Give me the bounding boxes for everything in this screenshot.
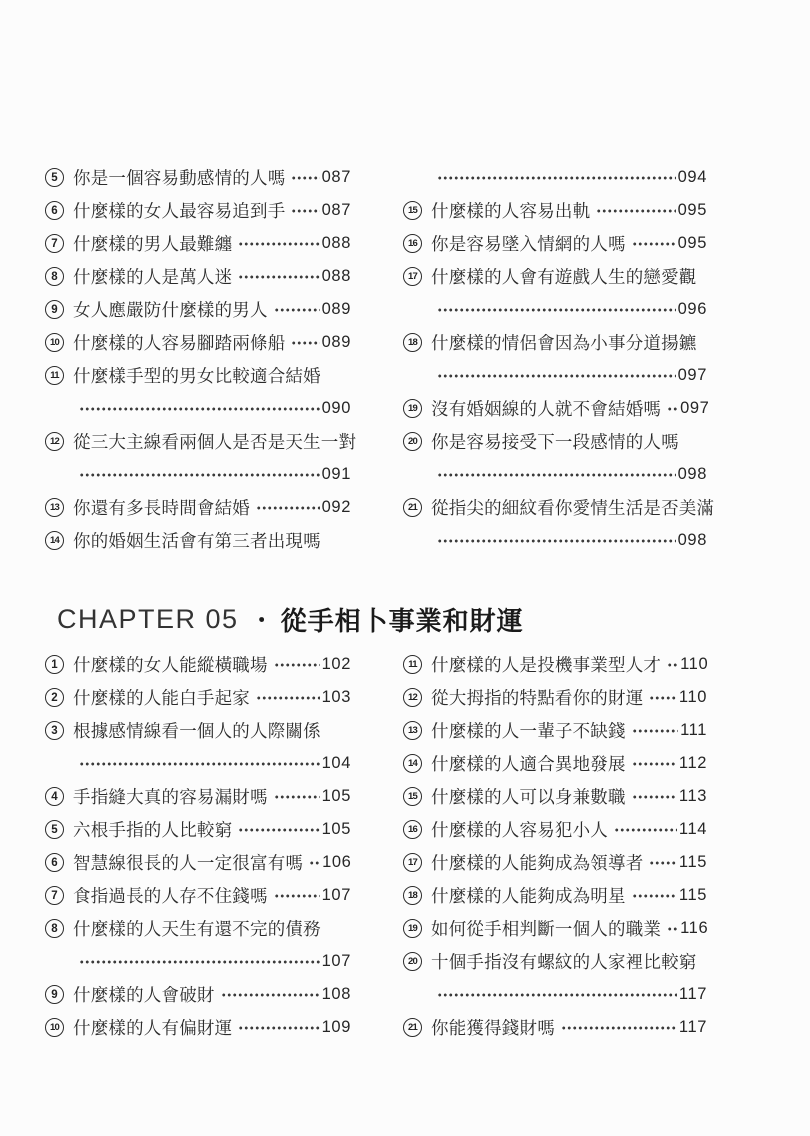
entry-page-number: 116	[680, 919, 708, 938]
entry-title: 什麼樣的情侶會因為小事分道揚鑣	[431, 330, 697, 355]
circled-number: 10	[45, 1018, 64, 1037]
dot-leader	[436, 978, 677, 1011]
circled-number: 8	[45, 919, 64, 938]
toc-entry: 6智慧線很長的人一定很富有嗎106	[45, 846, 351, 879]
entry-number: 6	[45, 201, 73, 220]
entry-page-number: 109	[322, 1018, 351, 1037]
entry-page-number: 108	[322, 985, 351, 1004]
toc-entry: 7什麼樣的男人最難纏088	[45, 227, 351, 260]
entry-title: 什麼樣的人一輩子不缺錢	[431, 718, 626, 743]
dot-leader	[220, 978, 320, 1011]
entry-page-number: 104	[322, 754, 351, 773]
entry-page-number: 089	[322, 300, 351, 319]
entry-title: 什麼樣的人適合異地發展	[431, 751, 626, 776]
entry-title: 你是容易接受下一段感情的人嗎	[431, 429, 679, 454]
toc-entry: 19沒有婚姻線的人就不會結婚嗎097	[403, 392, 707, 425]
entry-number: 17	[403, 853, 431, 872]
dot-leader	[273, 293, 320, 326]
entry-title: 從三大主線看兩個人是否是天生一對	[73, 429, 356, 454]
toc-entry: 13什麼樣的人一輩子不缺錢111	[403, 714, 707, 747]
entry-page-number: 110	[680, 655, 708, 674]
circled-number: 15	[403, 787, 422, 806]
entry-number: 7	[45, 886, 73, 905]
entry-page-number: 098	[678, 465, 707, 484]
entry-number: 11	[403, 655, 431, 674]
circled-number: 7	[45, 234, 64, 253]
dot-leader	[237, 813, 319, 846]
entry-page-number: 095	[678, 201, 707, 220]
toc-entry: 10什麼樣的人有偏財運109	[45, 1011, 351, 1044]
entry-title: 什麼樣的人會有遊戲人生的戀愛觀	[431, 264, 697, 289]
entry-number: 11	[45, 366, 73, 385]
toc-entry: 3根據感情線看一個人的人際關係	[45, 714, 351, 747]
dot-leader	[273, 879, 320, 912]
entry-page-number: 089	[322, 333, 351, 352]
toc-column-right: 09415什麼樣的人容易出軌09516你是容易墜入情網的人嗎09517什麼樣的人…	[403, 161, 707, 557]
dot-leader	[290, 194, 319, 227]
entry-title: 十個手指沒有螺紋的人家裡比較窮	[431, 949, 697, 974]
entry-page-number: 098	[678, 531, 707, 550]
entry-page-number: 107	[322, 952, 351, 971]
entry-title: 食指過長的人存不住錢嗎	[73, 883, 268, 908]
entry-page-number: 088	[322, 267, 351, 286]
chapter-heading: CHAPTER 05 ・ 從手相卜事業和財運	[57, 597, 524, 641]
entry-number: 12	[403, 688, 431, 707]
toc-entry: 12從大拇指的特點看你的財運110	[403, 681, 707, 714]
circled-number: 6	[45, 201, 64, 220]
book-page: 5你是一個容易動感情的人嗎0876什麼樣的女人最容易追到手0877什麼樣的男人最…	[0, 0, 810, 1136]
entry-title: 沒有婚姻線的人就不會結婚嗎	[431, 396, 661, 421]
dot-leader	[436, 359, 676, 392]
entry-number: 13	[403, 721, 431, 740]
dot-leader	[255, 681, 320, 714]
entry-page-number: 102	[322, 655, 351, 674]
toc-entry: 20十個手指沒有螺紋的人家裡比較窮	[403, 945, 707, 978]
entry-title: 什麼樣的女人最容易追到手	[73, 198, 285, 223]
entry-title: 什麼樣的人容易腳踏兩條船	[73, 330, 285, 355]
circled-number: 11	[403, 655, 422, 674]
circled-number: 4	[45, 787, 64, 806]
toc-section-chapter-05: 1什麼樣的女人能縱橫職場1022什麼樣的人能白手起家1033根據感情線看一個人的…	[45, 648, 707, 1044]
entry-number: 21	[403, 1018, 431, 1037]
entry-title: 女人應嚴防什麼樣的男人	[73, 297, 268, 322]
entry-number: 20	[403, 432, 431, 451]
dot-leader	[78, 747, 320, 780]
toc-entry-continuation: 094	[403, 161, 707, 194]
entry-number: 5	[45, 820, 73, 839]
toc-entry: 11什麼樣手型的男女比較適合結婚	[45, 359, 351, 392]
entry-page-number: 110	[679, 688, 707, 707]
dot-leader	[78, 392, 320, 425]
entry-title: 什麼樣的男人最難纏	[73, 231, 232, 256]
toc-entry: 11什麼樣的人是投機事業型人才110	[403, 648, 707, 681]
toc-section-previous-chapter: 5你是一個容易動感情的人嗎0876什麼樣的女人最容易追到手0877什麼樣的男人最…	[45, 161, 707, 557]
entry-number: 15	[403, 787, 431, 806]
circled-number: 12	[403, 688, 422, 707]
toc-entry: 12從三大主線看兩個人是否是天生一對	[45, 425, 351, 458]
circled-number: 3	[45, 721, 64, 740]
entry-title: 什麼樣的人天生有還不完的債務	[73, 916, 321, 941]
toc-column-left: 5你是一個容易動感情的人嗎0876什麼樣的女人最容易追到手0877什麼樣的男人最…	[45, 161, 351, 557]
entry-number: 9	[45, 985, 73, 1004]
toc-entry-continuation: 091	[45, 458, 351, 491]
entry-page-number: 111	[680, 721, 707, 740]
entry-number: 16	[403, 820, 431, 839]
dot-leader	[560, 1011, 677, 1044]
circled-number: 1	[45, 655, 64, 674]
entry-title: 從指尖的細紋看你愛情生活是否美滿	[431, 495, 714, 520]
entry-number: 19	[403, 399, 431, 418]
toc-entry-continuation: 098	[403, 458, 707, 491]
circled-number: 19	[403, 399, 422, 418]
dot-leader	[78, 458, 320, 491]
dot-leader	[613, 813, 677, 846]
dot-leader	[255, 491, 320, 524]
entry-number: 3	[45, 721, 73, 740]
toc-entry: 8什麼樣的人是萬人迷088	[45, 260, 351, 293]
entry-page-number: 112	[679, 754, 707, 773]
toc-entry: 19如何從手相判斷一個人的職業116	[403, 912, 707, 945]
entry-page-number: 088	[322, 234, 351, 253]
toc-entry-continuation: 117	[403, 978, 707, 1011]
entry-page-number: 115	[679, 853, 707, 872]
circled-number: 16	[403, 234, 422, 253]
toc-entry: 16什麼樣的人容易犯小人114	[403, 813, 707, 846]
toc-entry-continuation: 107	[45, 945, 351, 978]
entry-title: 什麼樣的人可以身兼數職	[431, 784, 626, 809]
entry-page-number: 117	[679, 1018, 707, 1037]
dot-leader	[290, 161, 319, 194]
toc-entry-continuation: 098	[403, 524, 707, 557]
circled-number: 21	[403, 1018, 422, 1037]
entry-page-number: 097	[680, 399, 709, 418]
dot-leader	[631, 714, 678, 747]
entry-number: 14	[45, 531, 73, 550]
toc-column-left: 1什麼樣的女人能縱橫職場1022什麼樣的人能白手起家1033根據感情線看一個人的…	[45, 648, 351, 1044]
circled-number: 6	[45, 853, 64, 872]
entry-page-number: 092	[322, 498, 351, 517]
dot-leader	[436, 293, 676, 326]
toc-entry: 14你的婚姻生活會有第三者出現嗎	[45, 524, 351, 557]
toc-entry: 5你是一個容易動感情的人嗎087	[45, 161, 351, 194]
entry-page-number: 087	[322, 201, 351, 220]
dot-leader	[78, 945, 320, 978]
circled-number: 2	[45, 688, 64, 707]
dot-leader	[666, 392, 678, 425]
entry-number: 1	[45, 655, 73, 674]
entry-number: 13	[45, 498, 73, 517]
circled-number: 21	[403, 498, 422, 517]
entry-title: 什麼樣手型的男女比較適合結婚	[73, 363, 321, 388]
toc-entry: 18什麼樣的人能夠成為明星115	[403, 879, 707, 912]
entry-number: 21	[403, 498, 431, 517]
circled-number: 9	[45, 985, 64, 1004]
circled-number: 10	[45, 333, 64, 352]
toc-entry: 2什麼樣的人能白手起家103	[45, 681, 351, 714]
circled-number: 18	[403, 333, 422, 352]
circled-number: 20	[403, 432, 422, 451]
toc-entry: 16你是容易墜入情網的人嗎095	[403, 227, 707, 260]
toc-entry: 17什麼樣的人能夠成為領導者115	[403, 846, 707, 879]
entry-page-number: 095	[678, 234, 707, 253]
entry-title: 手指縫大真的容易漏財嗎	[73, 784, 268, 809]
dot-leader	[273, 648, 320, 681]
circled-number: 15	[403, 201, 422, 220]
entry-page-number: 107	[322, 886, 351, 905]
toc-entry-continuation: 090	[45, 392, 351, 425]
entry-page-number: 090	[322, 399, 351, 418]
toc-entry: 14什麼樣的人適合異地發展112	[403, 747, 707, 780]
entry-title: 智慧線很長的人一定很富有嗎	[73, 850, 303, 875]
entry-number: 16	[403, 234, 431, 253]
entry-page-number: 094	[678, 168, 707, 187]
dot-leader	[648, 681, 676, 714]
entry-title: 你是一個容易動感情的人嗎	[73, 165, 285, 190]
entry-number: 15	[403, 201, 431, 220]
toc-entry-continuation: 096	[403, 293, 707, 326]
toc-entry: 8什麼樣的人天生有還不完的債務	[45, 912, 351, 945]
dot-leader	[237, 227, 319, 260]
toc-entry: 21你能獲得錢財嗎117	[403, 1011, 707, 1044]
toc-entry: 6什麼樣的女人最容易追到手087	[45, 194, 351, 227]
entry-number: 12	[45, 432, 73, 451]
entry-number: 14	[403, 754, 431, 773]
entry-number: 5	[45, 168, 73, 187]
chapter-title: 從手相卜事業和財運	[281, 601, 524, 638]
toc-entry: 9女人應嚴防什麼樣的男人089	[45, 293, 351, 326]
dot-leader	[631, 879, 677, 912]
dot-leader	[273, 780, 320, 813]
entry-title: 什麼樣的人容易出軌	[431, 198, 590, 223]
circled-number: 12	[45, 432, 64, 451]
entry-page-number: 105	[322, 787, 351, 806]
dot-leader	[237, 1011, 319, 1044]
dot-leader	[436, 524, 676, 557]
entry-number: 18	[403, 886, 431, 905]
entry-number: 9	[45, 300, 73, 319]
toc-entry: 20你是容易接受下一段感情的人嗎	[403, 425, 707, 458]
entry-title: 你還有多長時間會結婚	[73, 495, 250, 520]
dot-leader	[631, 227, 676, 260]
toc-entry: 7食指過長的人存不住錢嗎107	[45, 879, 351, 912]
chapter-separator-dot: ・	[251, 604, 273, 635]
circled-number: 17	[403, 853, 422, 872]
entry-title: 什麼樣的人能夠成為領導者	[431, 850, 643, 875]
entry-number: 19	[403, 919, 431, 938]
dot-leader	[436, 458, 676, 491]
entry-page-number: 096	[678, 300, 707, 319]
dot-leader	[308, 846, 320, 879]
entry-number: 6	[45, 853, 73, 872]
entry-number: 10	[45, 1018, 73, 1037]
entry-number: 20	[403, 952, 431, 971]
entry-page-number: 091	[322, 465, 351, 484]
entry-page-number: 106	[322, 853, 351, 872]
circled-number: 8	[45, 267, 64, 286]
circled-number: 17	[403, 267, 422, 286]
toc-entry: 9什麼樣的人會破財108	[45, 978, 351, 1011]
entry-title: 什麼樣的人會破財	[73, 982, 215, 1007]
dot-leader	[648, 846, 676, 879]
circled-number: 11	[45, 366, 64, 385]
entry-title: 什麼樣的人容易犯小人	[431, 817, 608, 842]
entry-title: 什麼樣的人能夠成為明星	[431, 883, 626, 908]
toc-entry: 1什麼樣的女人能縱橫職場102	[45, 648, 351, 681]
entry-title: 什麼樣的人是萬人迷	[73, 264, 232, 289]
entry-number: 4	[45, 787, 73, 806]
entry-number: 10	[45, 333, 73, 352]
circled-number: 7	[45, 886, 64, 905]
toc-entry: 10什麼樣的人容易腳踏兩條船089	[45, 326, 351, 359]
circled-number: 13	[45, 498, 64, 517]
toc-entry: 4手指縫大真的容易漏財嗎105	[45, 780, 351, 813]
circled-number: 16	[403, 820, 422, 839]
entry-title: 六根手指的人比較窮	[73, 817, 232, 842]
entry-number: 8	[45, 267, 73, 286]
entry-title: 什麼樣的女人能縱橫職場	[73, 652, 268, 677]
entry-page-number: 097	[678, 366, 707, 385]
circled-number: 5	[45, 820, 64, 839]
dot-leader	[237, 260, 319, 293]
entry-page-number: 117	[679, 985, 707, 1004]
dot-leader	[666, 912, 678, 945]
entry-page-number: 114	[679, 820, 707, 839]
dot-leader	[631, 747, 677, 780]
circled-number: 9	[45, 300, 64, 319]
circled-number: 19	[403, 919, 422, 938]
dot-leader	[666, 648, 678, 681]
entry-title: 你的婚姻生活會有第三者出現嗎	[73, 528, 321, 553]
entry-title: 如何從手相判斷一個人的職業	[431, 916, 661, 941]
circled-number: 20	[403, 952, 422, 971]
toc-entry: 18什麼樣的情侶會因為小事分道揚鑣	[403, 326, 707, 359]
entry-title: 什麼樣的人有偏財運	[73, 1015, 232, 1040]
circled-number: 18	[403, 886, 422, 905]
entry-page-number: 103	[322, 688, 351, 707]
circled-number: 13	[403, 721, 422, 740]
toc-entry: 15什麼樣的人可以身兼數職113	[403, 780, 707, 813]
entry-number: 8	[45, 919, 73, 938]
entry-page-number: 087	[322, 168, 351, 187]
toc-entry-continuation: 097	[403, 359, 707, 392]
chapter-label: CHAPTER 05	[57, 604, 239, 635]
dot-leader	[631, 780, 677, 813]
entry-page-number: 113	[679, 787, 707, 806]
entry-page-number: 115	[679, 886, 707, 905]
toc-entry-continuation: 104	[45, 747, 351, 780]
dot-leader	[436, 161, 676, 194]
entry-title: 從大拇指的特點看你的財運	[431, 685, 643, 710]
circled-number: 14	[403, 754, 422, 773]
toc-column-right: 11什麼樣的人是投機事業型人才11012從大拇指的特點看你的財運11013什麼樣…	[403, 648, 707, 1044]
entry-number: 17	[403, 267, 431, 286]
dot-leader	[595, 194, 675, 227]
entry-title: 什麼樣的人能白手起家	[73, 685, 250, 710]
entry-number: 7	[45, 234, 73, 253]
toc-entry: 5六根手指的人比較窮105	[45, 813, 351, 846]
entry-page-number: 105	[322, 820, 351, 839]
toc-entry: 21從指尖的細紋看你愛情生活是否美滿	[403, 491, 707, 524]
entry-title: 什麼樣的人是投機事業型人才	[431, 652, 661, 677]
dot-leader	[290, 326, 319, 359]
toc-entry: 15什麼樣的人容易出軌095	[403, 194, 707, 227]
entry-title: 你是容易墜入情網的人嗎	[431, 231, 626, 256]
toc-entry: 17什麼樣的人會有遊戲人生的戀愛觀	[403, 260, 707, 293]
entry-number: 18	[403, 333, 431, 352]
entry-title: 你能獲得錢財嗎	[431, 1015, 555, 1040]
toc-entry: 13你還有多長時間會結婚092	[45, 491, 351, 524]
entry-title: 根據感情線看一個人的人際關係	[73, 718, 321, 743]
entry-number: 2	[45, 688, 73, 707]
circled-number: 5	[45, 168, 64, 187]
circled-number: 14	[45, 531, 64, 550]
